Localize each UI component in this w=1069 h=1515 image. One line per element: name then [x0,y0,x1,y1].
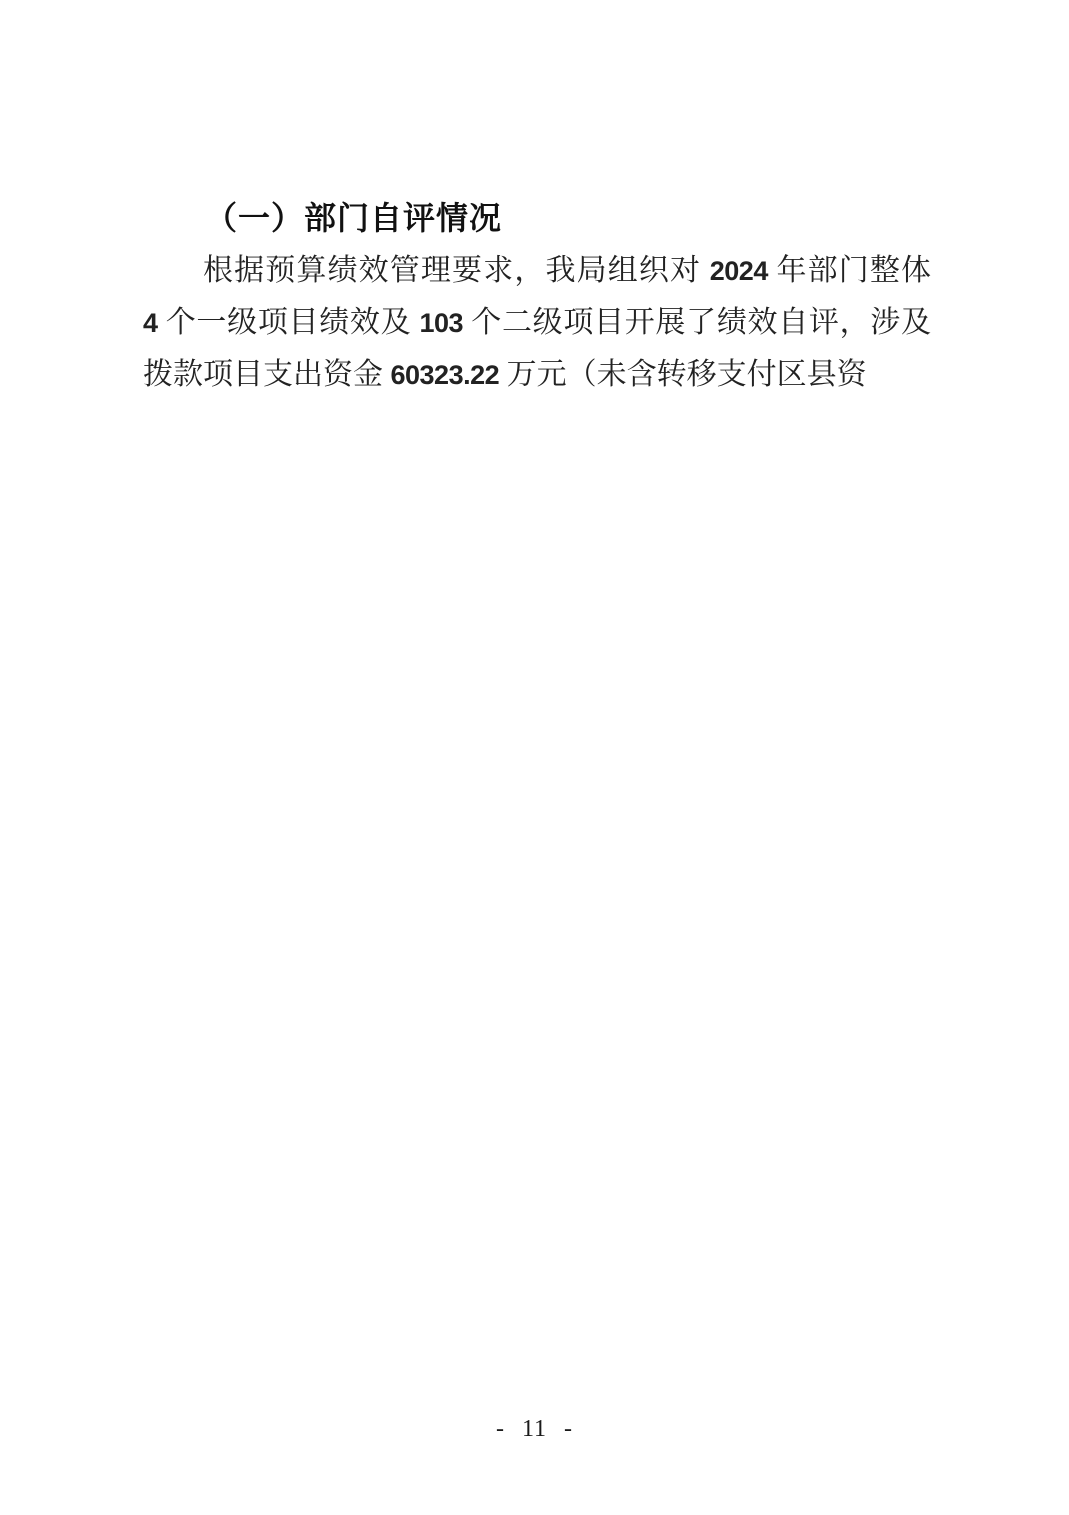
cjk-text-run: 拨款项目支出资金 [143,358,391,391]
section-heading: （一）部门自评情况 [205,192,502,244]
document-page: （一）部门自评情况 根据预算绩效管理要求，我局组织对 2024 年部门整体绩效、… [0,0,1069,1515]
paragraph-line: 拨款项目支出资金 60323.22 万元（未含转移支付区县资金）。 [143,349,931,401]
numeric-text-run: 60323.22 [391,360,500,390]
paragraph-line: 根据预算绩效管理要求，我局组织对 2024 年部门整体绩效、 [143,245,931,297]
numeric-text-run: 103 [420,308,464,338]
numeric-text-run: 2024 [710,256,768,286]
page-footer: - 11 - [0,1416,1069,1443]
paragraph-line: 4 个一级项目绩效及 103 个二级项目开展了绩效自评，涉及财政 [143,297,931,349]
numeric-text-run: 4 [143,308,158,338]
page-number: - 11 - [496,1416,573,1442]
body-paragraph: 根据预算绩效管理要求，我局组织对 2024 年部门整体绩效、4 个一级项目绩效及… [143,245,931,401]
cjk-text-run: 个一级项目绩效及 [158,306,420,339]
cjk-text-run: 根据预算绩效管理要求，我局组织对 [203,254,710,287]
